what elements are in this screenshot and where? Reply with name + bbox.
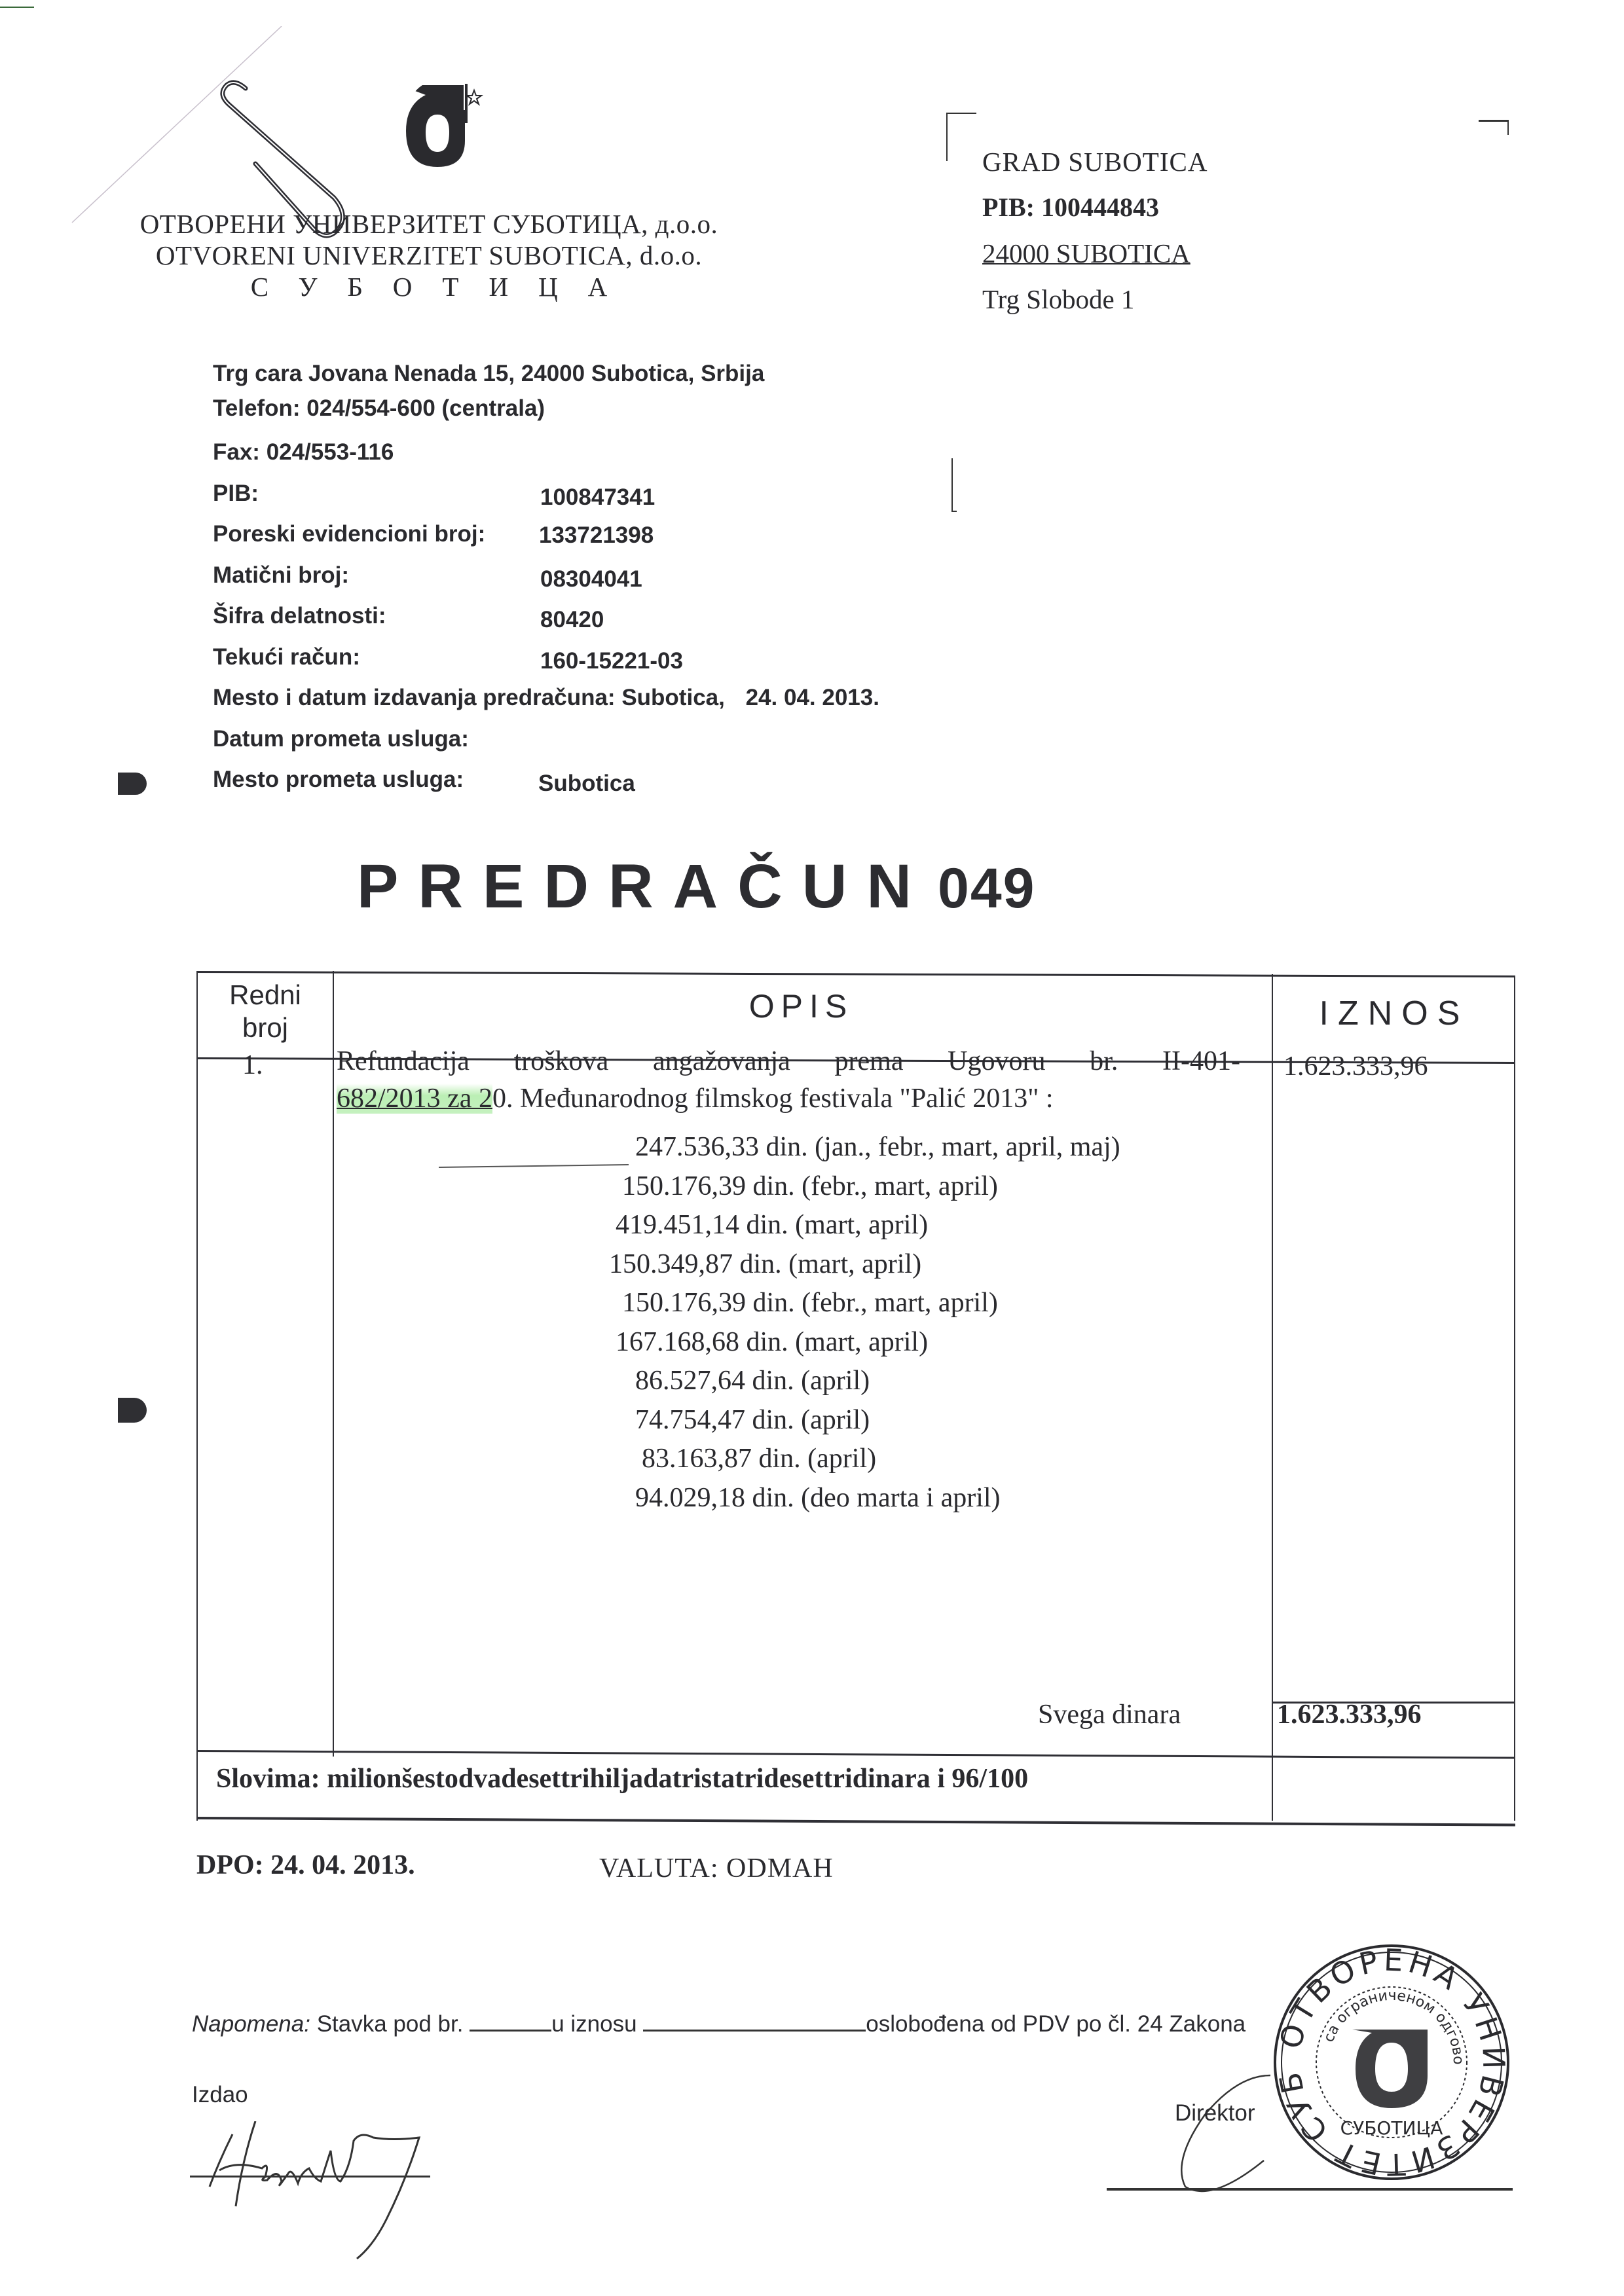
university-logo-icon: [393, 79, 485, 170]
address-bracket-top-left: [946, 113, 976, 161]
line-item-unit: din.: [752, 1366, 802, 1396]
line-item-period: (april): [801, 1405, 870, 1435]
field-tax-id: Poreski evidencioni broj: 133721398: [213, 514, 879, 555]
line-item-period: (mart, april): [795, 1327, 928, 1357]
director-label: Direktor: [1175, 2100, 1255, 2126]
field-label: Šifra delatnosti:: [213, 603, 386, 629]
header-redni-line2: broj: [200, 1011, 331, 1044]
field-value: 80420: [540, 600, 604, 641]
line-item-amount: 94.029,18: [635, 1483, 752, 1513]
field-label: PIB:: [213, 481, 259, 506]
issuer-details: Trg cara Jovana Nenada 15, 24000 Subotic…: [213, 354, 879, 801]
field-pib: PIB: 100847341: [213, 473, 879, 515]
field-value: 160-15221-03: [540, 641, 683, 682]
issuer-signature: [196, 2121, 471, 2272]
line-item-amount: 150.176,39: [622, 1171, 753, 1201]
payment-terms: VALUTA: ODMAH: [599, 1853, 834, 1884]
line-item: 83.163,87 din. (april): [642, 1440, 1120, 1479]
line-item-amount: 167.168,68: [616, 1327, 747, 1357]
field-activity-code: Šifra delatnosti: 80420: [213, 596, 879, 637]
line-item: 74.754,47 din. (april): [635, 1401, 1120, 1440]
issuer-header: ОТВОРЕНИ УНИВЕРЗИТЕТ СУБОТИЦА, д.о.о. OT…: [85, 208, 773, 302]
recipient-pib: PIB: 100444843: [982, 185, 1208, 230]
service-place-value: Subotica: [538, 763, 635, 805]
vat-note: Napomena: Stavka pod br. u iznosu oslobo…: [192, 2011, 1246, 2037]
note-label: Napomena:: [192, 2011, 310, 2037]
svg-text:СУБОТИЦА: СУБОТИЦА: [1340, 2117, 1443, 2139]
official-stamp-icon: ОТВОРЕНА УНИВЕРЗИТЕТ СУБОТИЦА са огранич…: [1267, 1938, 1516, 2187]
line-item: 150.349,87 din. (mart, april): [609, 1245, 1120, 1285]
amount-in-words: Slovima: milionšestodvadesettrihiljadatr…: [216, 1763, 1028, 1795]
recipient-postal: 24000 SUBOTICA: [982, 230, 1208, 276]
item-number-blank[interactable]: [470, 2030, 551, 2032]
recipient-name: GRAD SUBOTICA: [982, 139, 1208, 185]
punch-hole: [118, 773, 147, 795]
line-item: 167.168,68 din. (mart, april): [616, 1323, 1120, 1362]
line-item: 94.029,18 din. (deo marta i april): [635, 1479, 1120, 1518]
note-part2: u iznosu: [551, 2011, 637, 2037]
total-label: Svega dinara: [1038, 1699, 1181, 1730]
line-item: 419.451,14 din. (mart, april): [616, 1206, 1120, 1245]
address-bracket-bottom-left: [951, 458, 957, 512]
line-item-amount: 247.536,33: [635, 1132, 766, 1162]
note-part3: oslobođena od PDV po čl. 24 Zakona: [866, 2011, 1246, 2037]
recipient-address: GRAD SUBOTICA PIB: 100444843 24000 SUBOT…: [982, 139, 1208, 322]
issuer-name-latin: OTVORENI UNIVERZITET SUBOTICA, d.o.o.: [85, 240, 773, 271]
director-signature-line: [1107, 2188, 1513, 2191]
line-item-amount: 74.754,47: [635, 1405, 752, 1435]
line-item-unit: din.: [752, 1483, 802, 1513]
issue-date: 24. 04. 2013.: [746, 685, 879, 710]
line-item-unit: din.: [747, 1327, 796, 1357]
svg-text:ОТВОРЕНА УНИВЕРЗИТЕТ СУБОТИЦА: ОТВОРЕНА УНИВЕРЗИТЕТ СУБОТИЦА: [1267, 1938, 1511, 2182]
row-number: 1.: [242, 1049, 263, 1081]
field-registry-number: Matični broj: 08304041: [213, 555, 879, 596]
line-item: 150.176,39 din. (febr., mart, april): [622, 1167, 1120, 1207]
line-item-period: (mart, april): [795, 1210, 928, 1240]
line-item-period: (april): [807, 1444, 876, 1474]
issue-place-date: Mesto i datum izdavanja predračuna: Subo…: [213, 678, 879, 719]
line-item: 86.527,64 din. (april): [635, 1362, 1120, 1401]
amount-blank[interactable]: [643, 2030, 866, 2032]
issue-place: Subotica,: [621, 685, 725, 710]
service-date: Datum prometa usluga:: [213, 719, 879, 760]
document-title: PREDRAČUN049: [357, 851, 1035, 922]
service-date-label: Datum prometa usluga:: [213, 726, 469, 752]
line-item-unit: din.: [747, 1210, 796, 1240]
field-bank-account: Tekući račun: 160-15221-03: [213, 637, 879, 678]
scan-artifact: [0, 7, 34, 8]
service-place: Mesto prometa usluga: Subotica: [213, 759, 879, 801]
line-item-period: (april): [801, 1366, 870, 1396]
issued-by-label: Izdao: [192, 2082, 248, 2108]
field-label: Tekući račun:: [213, 644, 360, 670]
line-item-period: (jan., febr., mart, april, maj): [815, 1132, 1120, 1162]
line-item-amount: 419.451,14: [616, 1210, 747, 1240]
description-line2: 0. Međunarodnog filmskog festivala "Pali…: [492, 1084, 1054, 1114]
header-redni-broj: Redni broj: [200, 979, 331, 1044]
issuer-city-cyrillic: СУБОТИЦА: [85, 271, 773, 302]
document-number: 049: [938, 857, 1036, 920]
line-item-unit: din.: [759, 1444, 808, 1474]
field-label: Matični broj:: [213, 562, 349, 588]
line-item-unit: din.: [740, 1249, 789, 1279]
note-part1: Stavka pod br.: [317, 2011, 464, 2037]
service-place-label: Mesto prometa usluga:: [213, 767, 464, 792]
field-value: 08304041: [540, 559, 642, 600]
issuer-fax: Fax: 024/553-116: [213, 432, 879, 473]
contract-reference-highlight: 682/2013 za 2: [337, 1084, 492, 1114]
line-item-unit: din.: [752, 1405, 802, 1435]
field-value: 100847341: [540, 477, 655, 519]
line-item-amount: 150.349,87: [609, 1249, 740, 1279]
issuer-phone: Telefon: 024/554-600 (centrala): [213, 388, 879, 429]
line-items-list: 247.536,33 din. (jan., febr., mart, apri…: [616, 1128, 1120, 1518]
line-item-period: (mart, april): [788, 1249, 921, 1279]
issue-place-date-label: Mesto i datum izdavanja predračuna:: [213, 685, 616, 710]
line-item-unit: din.: [753, 1288, 802, 1318]
line-item-amount: 83.163,87: [642, 1444, 759, 1474]
address-bracket-top-right: [1479, 120, 1509, 135]
line-item-amount: 150.176,39: [622, 1288, 753, 1318]
description-line1: Refundacija troškova angažovanja prema U…: [337, 1043, 1240, 1080]
recipient-street: Trg Slobode 1: [982, 276, 1208, 322]
row-description: Refundacija troškova angažovanja prema U…: [337, 1043, 1240, 1118]
field-label: Poreski evidencioni broj:: [213, 521, 485, 547]
total-value: 1.623.333,96: [1277, 1699, 1422, 1730]
row-amount: 1.623.333,96: [1283, 1051, 1428, 1082]
line-item-unit: din.: [766, 1132, 815, 1162]
document-title-text: PREDRAČUN: [357, 852, 931, 921]
line-item: 247.536,33 din. (jan., febr., mart, apri…: [635, 1128, 1120, 1167]
invoice-table: Redni broj OPIS IZNOS 1. Refundacija tro…: [196, 971, 1515, 1821]
punch-hole: [118, 1398, 147, 1423]
line-item-period: (febr., mart, april): [802, 1288, 998, 1318]
line-item-period: (febr., mart, april): [802, 1171, 998, 1201]
header-iznos: IZNOS: [1273, 994, 1515, 1033]
line-item-period: (deo marta i april): [801, 1483, 1000, 1513]
line-item-amount: 86.527,64: [635, 1366, 752, 1396]
header-opis: OPIS: [331, 987, 1272, 1025]
field-value: 133721398: [539, 515, 654, 556]
line-item-unit: din.: [753, 1171, 802, 1201]
pen-mark: [439, 1164, 629, 1168]
dpo-date: DPO: 24. 04. 2013.: [196, 1850, 415, 1881]
header-redni-line1: Redni: [200, 979, 331, 1011]
issuer-name-cyrillic: ОТВОРЕНИ УНИВЕРЗИТЕТ СУБОТИЦА, д.о.о.: [85, 208, 773, 240]
line-item: 150.176,39 din. (febr., mart, april): [622, 1284, 1120, 1323]
